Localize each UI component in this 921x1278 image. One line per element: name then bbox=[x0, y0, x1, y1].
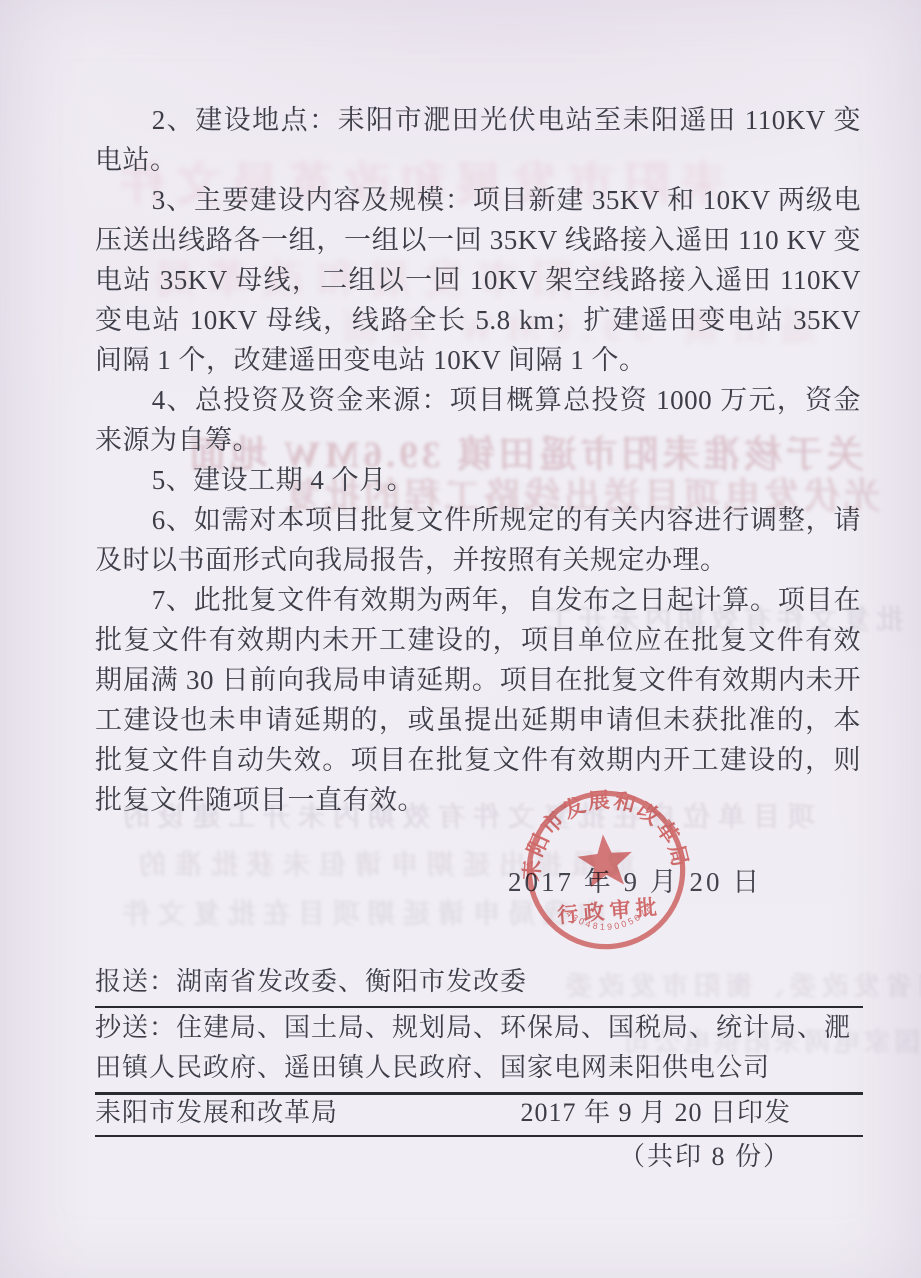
copy-to-row: 抄送：住建局、国土局、规划局、环保局、国税局、统计局、淝田镇人民政府、遥田镇人民… bbox=[95, 1008, 863, 1088]
issuer-name: 耒阳市发展和改革局 bbox=[95, 1095, 338, 1131]
body-paragraph-5: 5、建设工期 4 个月。 bbox=[95, 460, 861, 500]
body-paragraph-3: 3、主要建设内容及规模：项目新建 35KV 和 10KV 两级电压送出线路各一组… bbox=[95, 180, 861, 380]
issuer-row: 耒阳市发展和改革局 2017 年 9 月 20 日印发 bbox=[95, 1095, 863, 1131]
document-body: 2、建设地点：耒阳市淝田光伏电站至耒阳遥田 110KV 变电站。 3、主要建设内… bbox=[95, 100, 861, 820]
copies-count-row: （共印 8 份） bbox=[95, 1137, 863, 1177]
official-seal: 耒阳市发展和改革局 行政审批 4304819005678 bbox=[515, 779, 697, 961]
footer-block: 报送：湖南省发改委、衡阳市发改委 抄送：住建局、国土局、规划局、环保局、国税局、… bbox=[95, 962, 863, 1177]
body-paragraph-6: 6、如需对本项目批复文件所规定的有关内容进行调整，请及时以书面形式向我局报告，并… bbox=[95, 500, 861, 580]
scanned-document-page: 耒阳市发展和改革局文件 耒阳市发展和改革局 遥田镇 39.6MW 地面 关于核准… bbox=[0, 0, 921, 1278]
body-paragraph-7: 7、此批复文件有效期为两年，自发布之日起计算。项目在批复文件有效期内未开工建设的… bbox=[95, 580, 861, 820]
seal-star-icon bbox=[576, 832, 635, 888]
body-paragraph-2: 2、建设地点：耒阳市淝田光伏电站至耒阳遥田 110KV 变电站。 bbox=[95, 100, 861, 180]
report-to-row: 报送：湖南省发改委、衡阳市发改委 bbox=[95, 962, 863, 1002]
body-paragraph-4: 4、总投资及资金来源：项目概算总投资 1000 万元，资金来源为自筹。 bbox=[95, 380, 861, 460]
print-date: 2017 年 9 月 20 日印发 bbox=[520, 1095, 863, 1131]
